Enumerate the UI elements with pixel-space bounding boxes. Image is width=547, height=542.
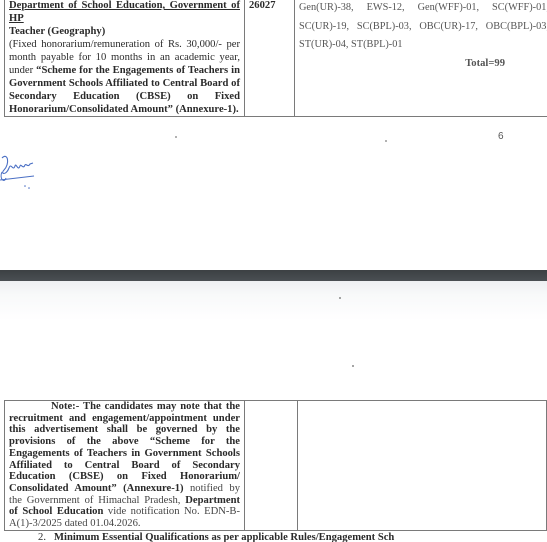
department-name-continued: HP xyxy=(9,12,240,25)
post-description: (Fixed honorarium/remuneration of Rs. 30… xyxy=(9,38,240,116)
vacancy-table: Department of School Education, Governme… xyxy=(4,0,547,117)
table-row: Note:- The candidates may note that the … xyxy=(5,401,547,531)
note-table: Note:- The candidates may note that the … xyxy=(4,400,547,531)
department-name: Department of School Education, Governme… xyxy=(9,0,240,12)
section-heading-2: 2.Minimum Essential Qualifications as pe… xyxy=(4,530,547,541)
section-heading-text: Minimum Essential Qualifications as per … xyxy=(54,532,394,541)
scan-speck xyxy=(385,140,387,142)
scan-speck xyxy=(352,365,354,367)
page-number: 6 xyxy=(498,131,504,142)
note-cell: Note:- The candidates may note that the … xyxy=(5,401,245,531)
signature-icon xyxy=(0,150,40,192)
empty-cell xyxy=(298,401,547,531)
post-code: 26027 xyxy=(245,0,295,117)
vacancy-cell: Gen(UR)-38, EWS-12, Gen(WFF)-01, SC(WFF)… xyxy=(295,0,547,117)
post-name: Teacher (Geography) xyxy=(9,25,240,38)
document-page-6: Department of School Education, Governme… xyxy=(0,0,547,270)
post-details-cell: Department of School Education, Governme… xyxy=(5,0,245,117)
table-row: Department of School Education, Governme… xyxy=(5,0,547,117)
scan-speck xyxy=(175,136,177,138)
page-separator xyxy=(0,270,547,281)
scheme-name: “Scheme for the Engagements of Teachers … xyxy=(9,65,240,115)
scan-speck xyxy=(339,297,341,299)
note-text-bold: Note:- The candidates may note that the … xyxy=(9,401,240,494)
section-number: 2. xyxy=(4,531,54,541)
category-wise-vacancies: Gen(UR)-38, EWS-12, Gen(WFF)-01, SC(WFF)… xyxy=(299,0,547,55)
total-vacancies: Total=99 xyxy=(299,57,505,70)
empty-cell xyxy=(245,401,298,531)
